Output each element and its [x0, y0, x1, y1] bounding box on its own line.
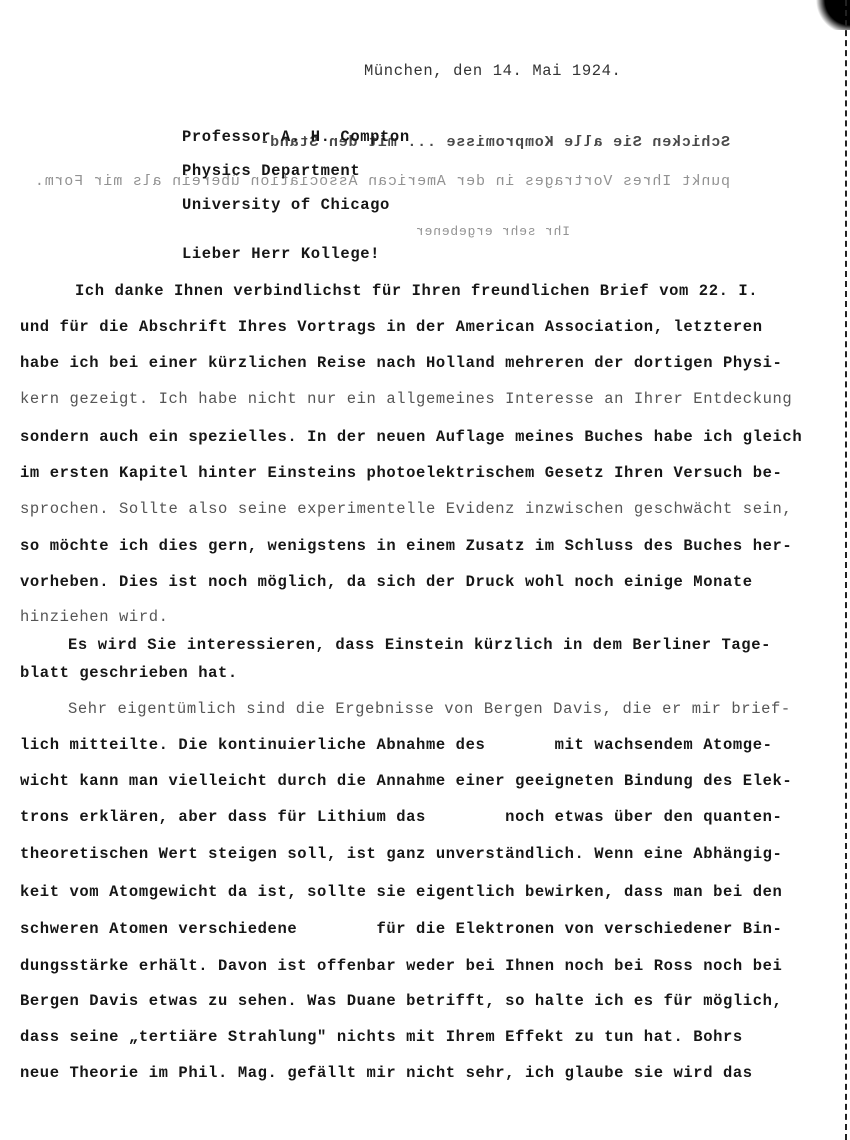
body-line: sprochen. Sollte also seine experimentel… [20, 500, 792, 518]
body-line: theoretischen Wert steigen soll, ist gan… [20, 845, 782, 863]
letter-page: Schicken Sie alle Kompromisse ... mit de… [0, 0, 850, 1140]
body-line: vorheben. Dies ist noch möglich, da sich… [20, 573, 753, 591]
body-line: sondern auch ein spezielles. In der neue… [20, 428, 802, 446]
body-line: schweren Atomen verschiedene für die Ele… [20, 920, 782, 938]
body-line: wicht kann man vielleicht durch die Anna… [20, 772, 792, 790]
recipient-name: Professor A. H. Compton [182, 128, 410, 146]
body-line: Bergen Davis etwas zu sehen. Was Duane b… [20, 992, 782, 1010]
body-line: hinziehen wird. [20, 608, 169, 626]
body-line: blatt geschrieben hat. [20, 664, 238, 682]
scan-page-edge [845, 0, 850, 1140]
body-line: lich mitteilte. Die kontinuierliche Abna… [20, 736, 773, 754]
recipient-institution: University of Chicago [182, 196, 390, 214]
body-line: keit vom Atomgewicht da ist, sollte sie … [20, 883, 782, 901]
body-line: neue Theorie im Phil. Mag. gefällt mir n… [20, 1064, 753, 1082]
body-line: Sehr eigentümlich sind die Ergebnisse vo… [68, 700, 791, 718]
bleed-through-line: punkt Ihres Vortrages in der American As… [2, 173, 730, 190]
body-line: Ich danke Ihnen verbindlichst für Ihren … [75, 282, 758, 300]
body-line: und für die Abschrift Ihres Vortrags in … [20, 318, 763, 336]
recipient-department: Physics Department [182, 162, 360, 180]
body-line: kern gezeigt. Ich habe nicht nur ein all… [20, 390, 792, 408]
place-date: München, den 14. Mai 1924. [364, 62, 621, 80]
body-line: habe ich bei einer kürzlichen Reise nach… [20, 354, 782, 372]
body-line: im ersten Kapitel hinter Einsteins photo… [20, 464, 782, 482]
body-line: Es wird Sie interessieren, dass Einstein… [68, 636, 771, 654]
body-line: so möchte ich dies gern, wenigstens in e… [20, 537, 792, 555]
body-line: dungsstärke erhält. Davon ist offenbar w… [20, 957, 782, 975]
salutation: Lieber Herr Kollege! [182, 245, 380, 263]
body-line: trons erklären, aber dass für Lithium da… [20, 808, 782, 826]
body-line: dass seine „tertiäre Strahlung" nichts m… [20, 1028, 743, 1046]
bleed-through-line: Ihr sehr ergebener [400, 224, 570, 239]
